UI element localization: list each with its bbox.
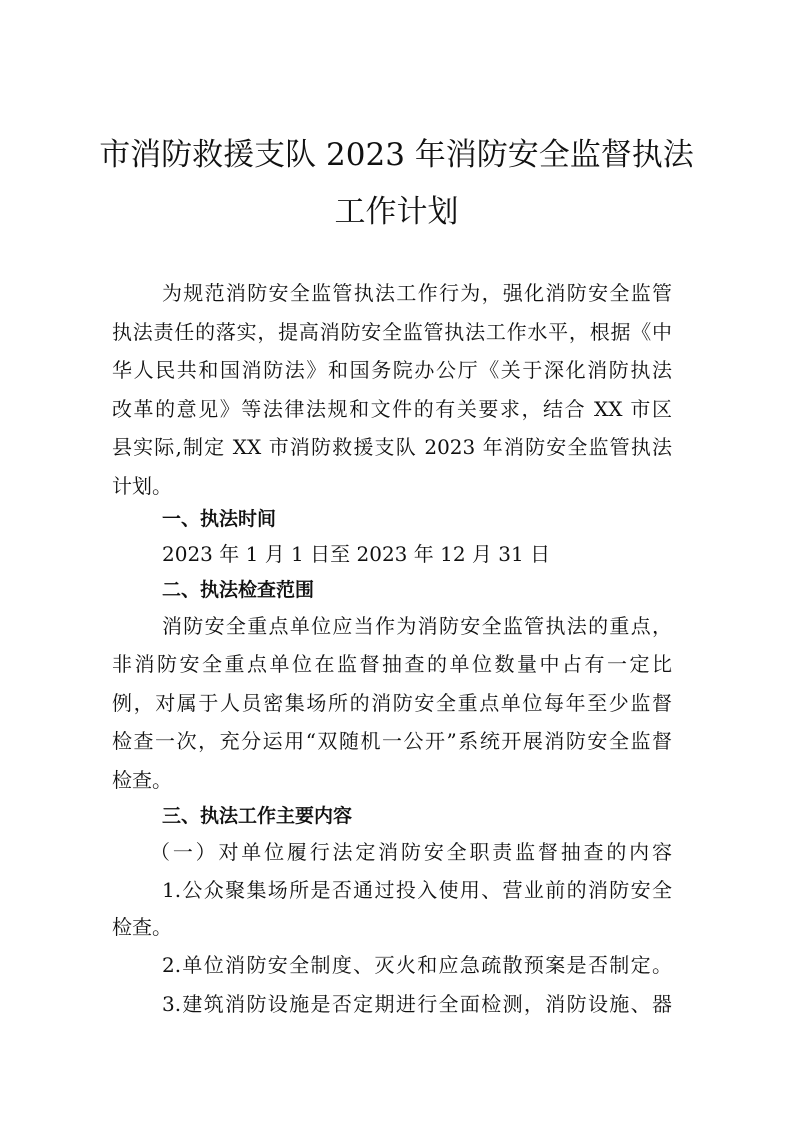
content-item-line: 3.建筑消防设施是否定期进行全面检测，消防设施、器	[162, 990, 672, 1018]
content-item-line: 检查。	[112, 913, 672, 941]
document-title-line-2: 工作计划	[0, 192, 793, 232]
intro-paragraph-line: 华人民共和国消防法》和国务院办公厅《关于深化消防执法	[112, 356, 672, 384]
content-item-line: 2.单位消防安全制度、灭火和应急疏散预案是否制定。	[162, 951, 672, 979]
section-heading-main-content: 三、执法工作主要内容	[162, 802, 352, 830]
scope-paragraph-line: 消防安全重点单位应当作为消防安全监管执法的重点，	[162, 612, 672, 640]
section-heading-inspection-scope: 二、执法检查范围	[162, 576, 314, 604]
scope-paragraph-line: 非消防安全重点单位在监督抽查的单位数量中占有一定比	[112, 650, 672, 678]
section-heading-enforcement-time: 一、执法时间	[162, 505, 276, 533]
document-page: 市消防救援支队 2023 年消防安全监督执法 工作计划 为规范消防安全监管执法工…	[0, 0, 793, 1122]
scope-paragraph-line: 检查。	[112, 766, 672, 794]
intro-paragraph-line: 县实际,制定 XX 市消防救援支队 2023 年消防安全监管执法	[112, 433, 672, 461]
subsection-heading: （一）对单位履行法定消防安全职责监督抽查的内容	[150, 838, 672, 866]
scope-paragraph-line: 例，对属于人员密集场所的消防安全重点单位每年至少监督	[112, 689, 672, 717]
document-title-line-1: 市消防救援支队 2023 年消防安全监督执法	[0, 135, 793, 175]
scope-paragraph-line: 检查一次，充分运用“双随机一公开”系统开展消防安全监督	[112, 727, 672, 755]
intro-paragraph-line: 为规范消防安全监管执法工作行为，强化消防安全监管	[162, 279, 672, 307]
intro-paragraph-line: 改革的意见》等法律法规和文件的有关要求，结合 XX 市区	[112, 395, 672, 423]
content-item-line: 1.公众聚集场所是否通过投入使用、营业前的消防安全	[162, 876, 672, 904]
enforcement-date-range: 2023 年 1 月 1 日至 2023 年 12 月 31 日	[162, 540, 672, 568]
intro-paragraph-line: 计划。	[112, 472, 672, 500]
intro-paragraph-line: 执法责任的落实，提高消防安全监管执法工作水平，根据《中	[112, 318, 672, 346]
